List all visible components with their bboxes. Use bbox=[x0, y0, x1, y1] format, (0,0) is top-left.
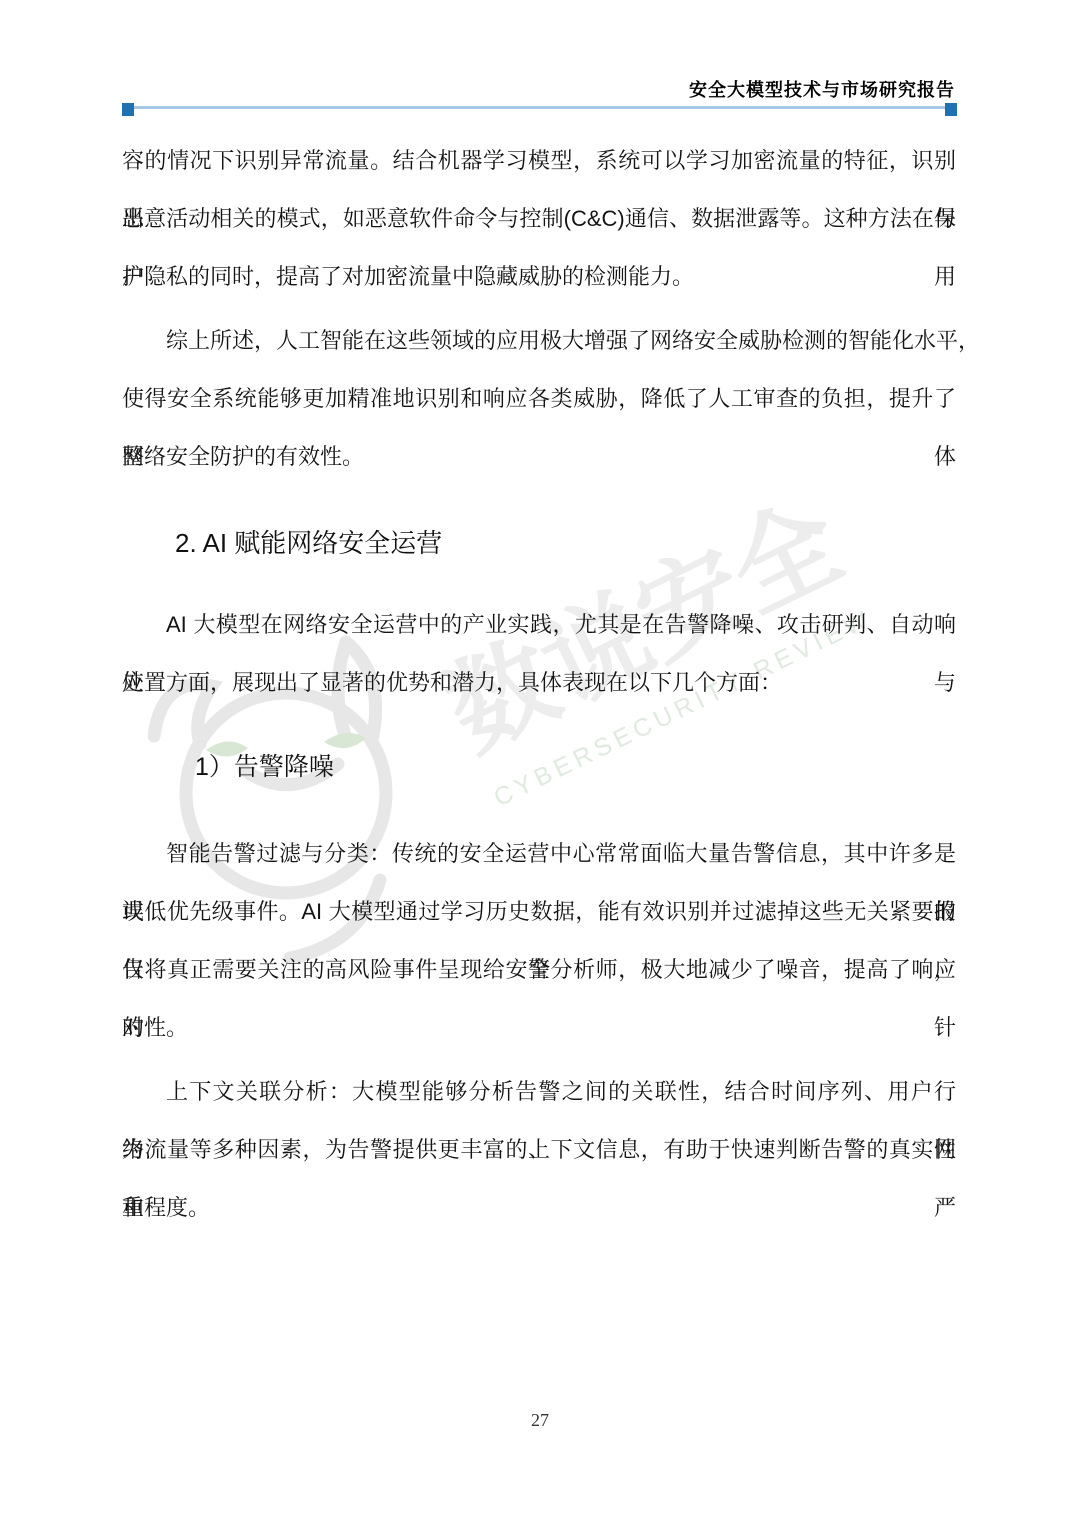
subsection-heading-alert-noise-reduction: 1）告警降噪 bbox=[122, 738, 956, 796]
text-line: 综上所述，人工智能在这些领域的应用极大增强了网络安全威胁检测的智能化水平， bbox=[122, 312, 956, 370]
text-line: 上下文关联分析：大模型能够分析告警之间的关联性，结合时间序列、用户行为、网 bbox=[122, 1063, 956, 1121]
paragraph-encrypted-traffic: 容的情况下识别异常流量。结合机器学习模型，系统可以学习加密流量的特征，识别出与 … bbox=[122, 132, 956, 306]
paragraph-summary: 综上所述，人工智能在这些领域的应用极大增强了网络安全威胁检测的智能化水平， 使得… bbox=[122, 312, 956, 486]
header-rule-left-cap bbox=[122, 103, 134, 116]
page-body: 容的情况下识别异常流量。结合机器学习模型，系统可以学习加密流量的特征，识别出与 … bbox=[122, 132, 956, 1237]
text-line: AI 大模型在网络安全运营中的产业实践，尤其是在告警降噪、攻击研判、自动响应与 bbox=[122, 596, 956, 654]
text-line: 仅将真正需要关注的高风险事件呈现给安全分析师，极大地减少了噪音，提高了响应的针 bbox=[122, 941, 956, 999]
paragraph-context-correlation: 上下文关联分析：大模型能够分析告警之间的关联性，结合时间序列、用户行为、网 络流… bbox=[122, 1063, 956, 1237]
text-line: 容的情况下识别异常流量。结合机器学习模型，系统可以学习加密流量的特征，识别出与 bbox=[122, 132, 956, 190]
header-rule-right-cap bbox=[945, 103, 957, 116]
page-number: 27 bbox=[0, 1410, 1080, 1431]
text-line: 恶意活动相关的模式，如恶意软件命令与控制(C&C)通信、数据泄露等。这种方法在保… bbox=[122, 190, 956, 248]
document-page: 安全大模型技术与市场研究报告 数说安全 CYBERSECURITY REVIEW bbox=[0, 0, 1080, 1527]
section-heading-ai-security-operations: 2. AI 赋能网络安全运营 bbox=[122, 514, 956, 572]
paragraph-alert-filtering: 智能告警过滤与分类：传统的安全运营中心常常面临大量告警信息，其中许多是误报 或低… bbox=[122, 825, 956, 1057]
text-line: 络流量等多种因素，为告警提供更丰富的上下文信息，有助于快速判断告警的真实性和严 bbox=[122, 1121, 956, 1179]
text-line: 智能告警过滤与分类：传统的安全运营中心常常面临大量告警信息，其中许多是误报 bbox=[122, 825, 956, 883]
text-line: 使得安全系统能够更加精准地识别和响应各类威胁，降低了人工审查的负担，提升了整体 bbox=[122, 370, 956, 428]
header-rule bbox=[128, 106, 952, 109]
header-report-title: 安全大模型技术与市场研究报告 bbox=[689, 76, 955, 102]
text-line: 或低优先级事件。AI 大模型通过学习历史数据，能有效识别并过滤掉这些无关紧要的告… bbox=[122, 883, 956, 941]
paragraph-ai-model-practice: AI 大模型在网络安全运营中的产业实践，尤其是在告警降噪、攻击研判、自动响应与 … bbox=[122, 596, 956, 712]
